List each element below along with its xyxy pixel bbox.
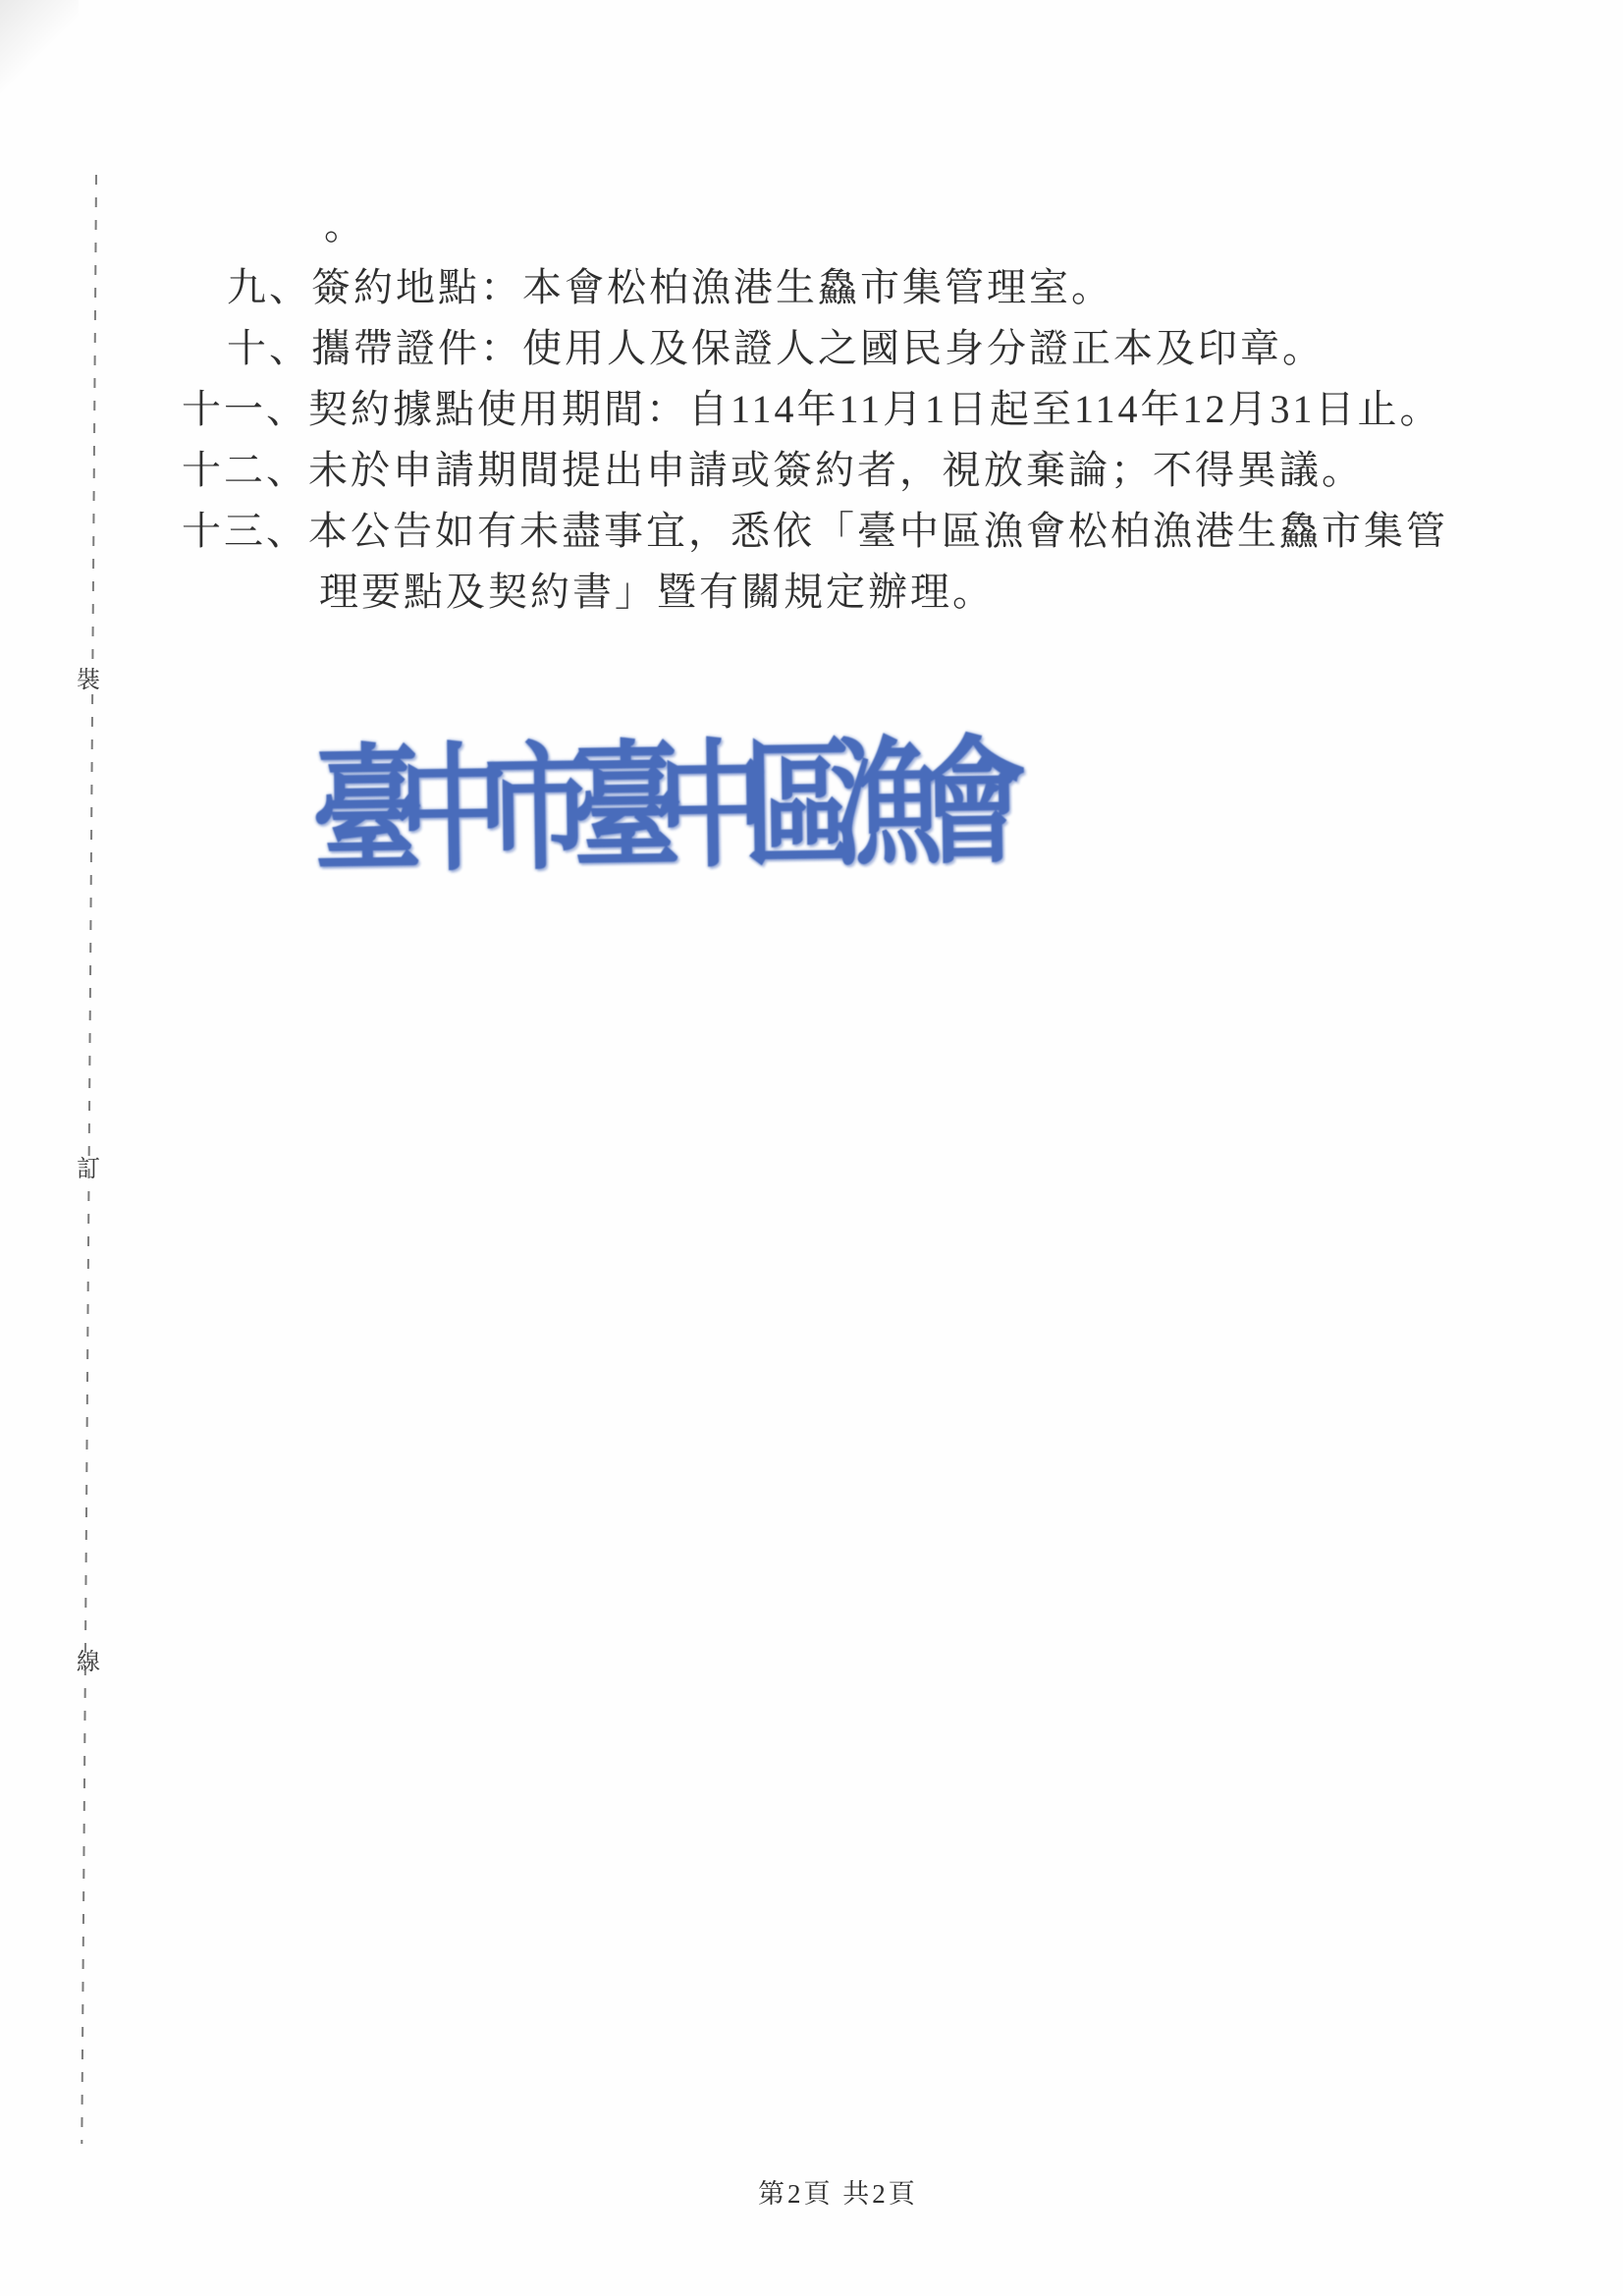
clause-number: 十一、 [182,387,308,431]
clause-item-12: 十二、未於申請期間提出申請或簽約者，視放棄論；不得異議。 [182,440,1448,501]
clause-number: 九、 [227,265,311,309]
clause-item-10: 十、攜帶證件：使用人及保證人之國民身分證正本及印章。 [227,318,1448,379]
clause-number: 十二、 [182,448,308,492]
scan-corner-artifact [0,0,79,98]
clause-text: 未於申請期間提出申請或簽約者，視放棄論；不得異議。 [308,448,1364,492]
clause-item-11: 十一、契約據點使用期間：自114年11月1日起至114年12月31日止。 [182,379,1448,440]
clause-text: 本公告如有未盡事宜，悉依「臺中區漁會松柏漁港生鱻市集管 [308,509,1448,553]
clause-number: 十、 [227,326,311,370]
sentence-end-period: 。 [324,194,363,250]
clause-item-9: 九、簽約地點：本會松柏漁港生鱻市集管理室。 [227,257,1448,318]
binding-label-xian: 線 [69,1642,108,1676]
clause-list: 九、簽約地點：本會松柏漁港生鱻市集管理室。 十、攜帶證件：使用人及保證人之國民身… [182,257,1448,623]
binding-label-zhuang: 裝 [69,660,108,694]
document-page: 裝 訂 線 。 九、簽約地點：本會松柏漁港生鱻市集管理室。 十、攜帶證件：使用人… [0,0,1623,2296]
clause-text: 簽約地點：本會松柏漁港生鱻市集管理室。 [311,265,1113,309]
clause-text: 契約據點使用期間：自114年11月1日起至114年12月31日止。 [308,387,1442,431]
clause-item-13: 十三、本公告如有未盡事宜，悉依「臺中區漁會松柏漁港生鱻市集管 [182,501,1448,562]
clause-text: 理要點及契約書」暨有關規定辦理。 [319,570,995,614]
organization-stamp: 臺中市臺中區漁會 [311,692,1005,900]
clause-number: 十三、 [182,509,308,553]
clause-item-13-continuation: 理要點及契約書」暨有關規定辦理。 [319,562,1448,623]
page-number: 第2頁 共2頁 [758,2172,918,2211]
binding-label-ding: 訂 [69,1149,108,1183]
clause-text: 攜帶證件：使用人及保證人之國民身分證正本及印章。 [311,326,1325,370]
